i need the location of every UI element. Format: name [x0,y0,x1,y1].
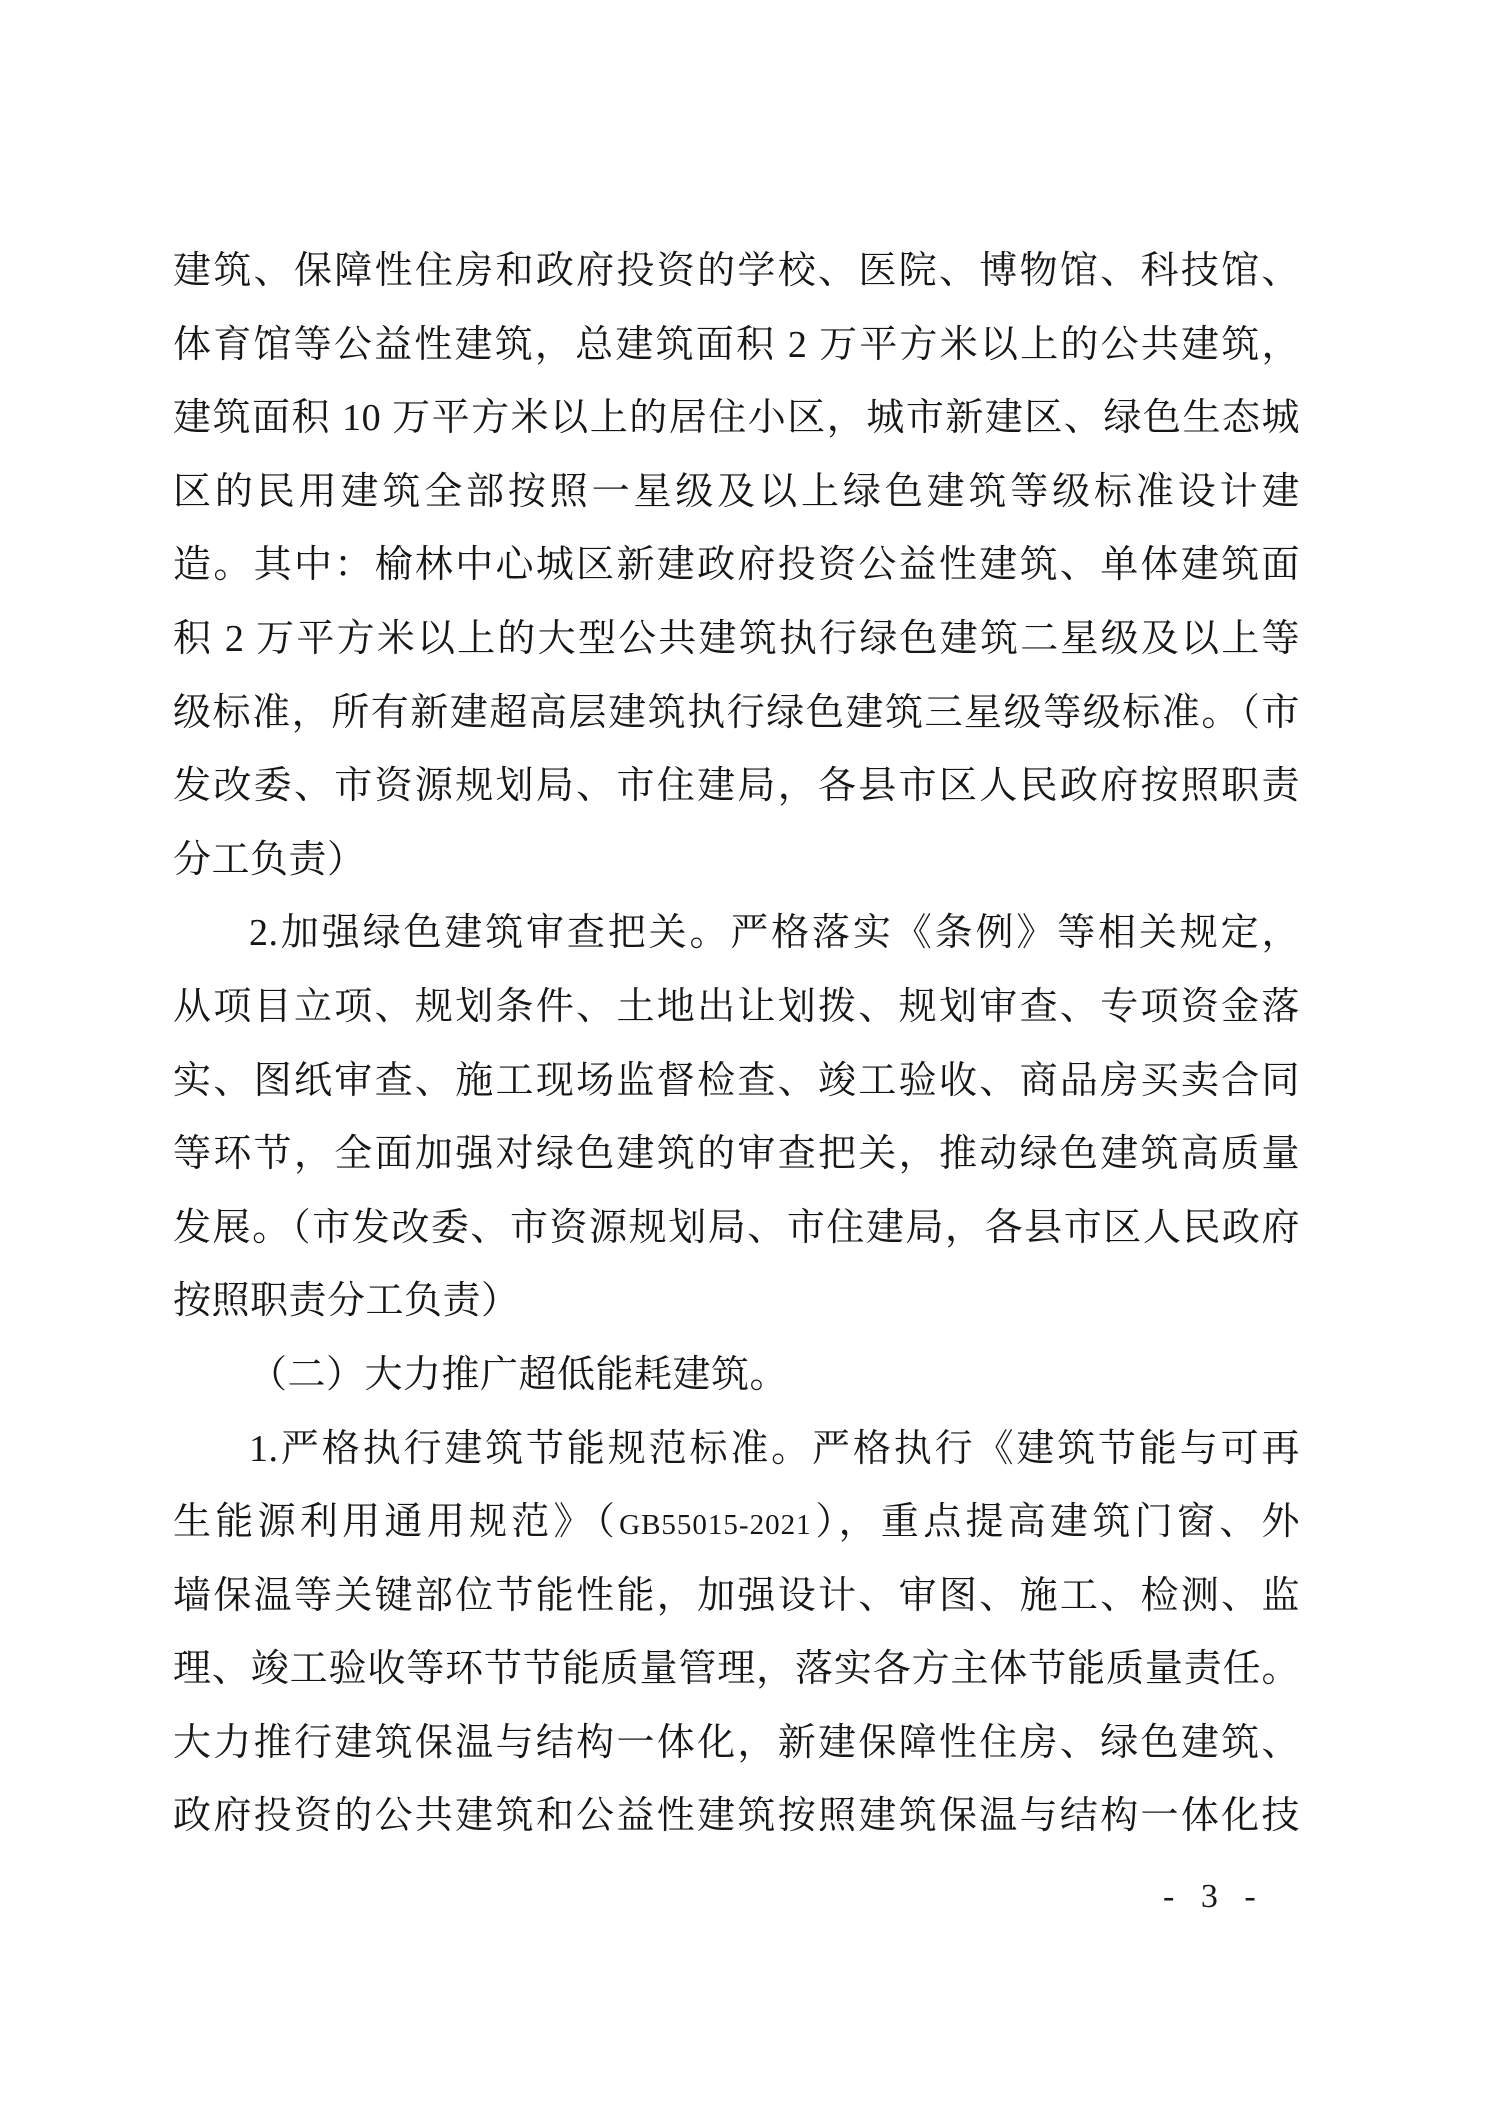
document-line-21: 大力推行建筑保温与结构一体化，新建保障性住房、绿色建筑、 [173,1707,1300,1781]
document-line-18: 生能源利用通用规范》（GB55015-2021），重点提高建筑门窗、外 [173,1486,1300,1560]
document-line-4: 区的民用建筑全部按照一星级及以上绿色建筑等级标准设计建 [173,456,1300,530]
document-line-5: 造。其中：榆林中心城区新建政府投资公益性建筑、单体建筑面 [173,529,1300,603]
document-line-14: 发展。（市发改委、市资源规划局、市住建局，各县市区人民政府 [173,1192,1300,1266]
document-line-22: 政府投资的公共建筑和公益性建筑按照建筑保温与结构一体化技 [173,1780,1300,1854]
standard-code: GB55015-2021 [619,1509,811,1541]
document-line-11: 从项目立项、规划条件、土地出让划拨、规划审查、专项资金落 [173,971,1300,1045]
document-line-16: （二）大力推广超低能耗建筑。 [173,1339,1300,1413]
document-line-19: 墙保温等关键部位节能性能，加强设计、审图、施工、检测、监 [173,1560,1300,1634]
document-line-10: 2.加强绿色建筑审查把关。严格落实《条例》等相关规定， [173,897,1300,971]
document-line-8: 发改委、市资源规划局、市住建局，各县市区人民政府按照职责 [173,750,1300,824]
line-18-text-pre: 生能源利用通用规范》（ [173,1501,619,1543]
document-line-15: 按照职责分工负责） [173,1265,1300,1339]
document-line-13: 等环节，全面加强对绿色建筑的审查把关，推动绿色建筑高质量 [173,1118,1300,1192]
document-line-3: 建筑面积 10 万平方米以上的居住小区，城市新建区、绿色生态城 [173,382,1300,456]
document-line-12: 实、图纸审查、施工现场监督检查、竣工验收、商品房买卖合同 [173,1045,1300,1119]
document-line-7: 级标准，所有新建超高层建筑执行绿色建筑三星级等级标准。（市 [173,677,1300,751]
document-text-block: 建筑、保障性住房和政府投资的学校、医院、博物馆、科技馆、 体育馆等公益性建筑，总… [173,235,1300,1854]
document-line-17: 1.严格执行建筑节能规范标准。严格执行《建筑节能与可再 [173,1413,1300,1487]
line-18-text-post: ），重点提高建筑门窗、外 [812,1501,1300,1543]
document-line-20: 理、竣工验收等环节节能质量管理，落实各方主体节能质量责任。 [173,1633,1300,1707]
document-line-1: 建筑、保障性住房和政府投资的学校、医院、博物馆、科技馆、 [173,235,1300,309]
document-page: 建筑、保障性住房和政府投资的学校、医院、博物馆、科技馆、 体育馆等公益性建筑，总… [0,0,1488,2104]
document-line-6: 积 2 万平方米以上的大型公共建筑执行绿色建筑二星级及以上等 [173,603,1300,677]
page-number: - 3 - [1163,1878,1265,1916]
document-line-9: 分工负责） [173,824,1300,898]
document-line-2: 体育馆等公益性建筑，总建筑面积 2 万平方米以上的公共建筑， [173,309,1300,383]
